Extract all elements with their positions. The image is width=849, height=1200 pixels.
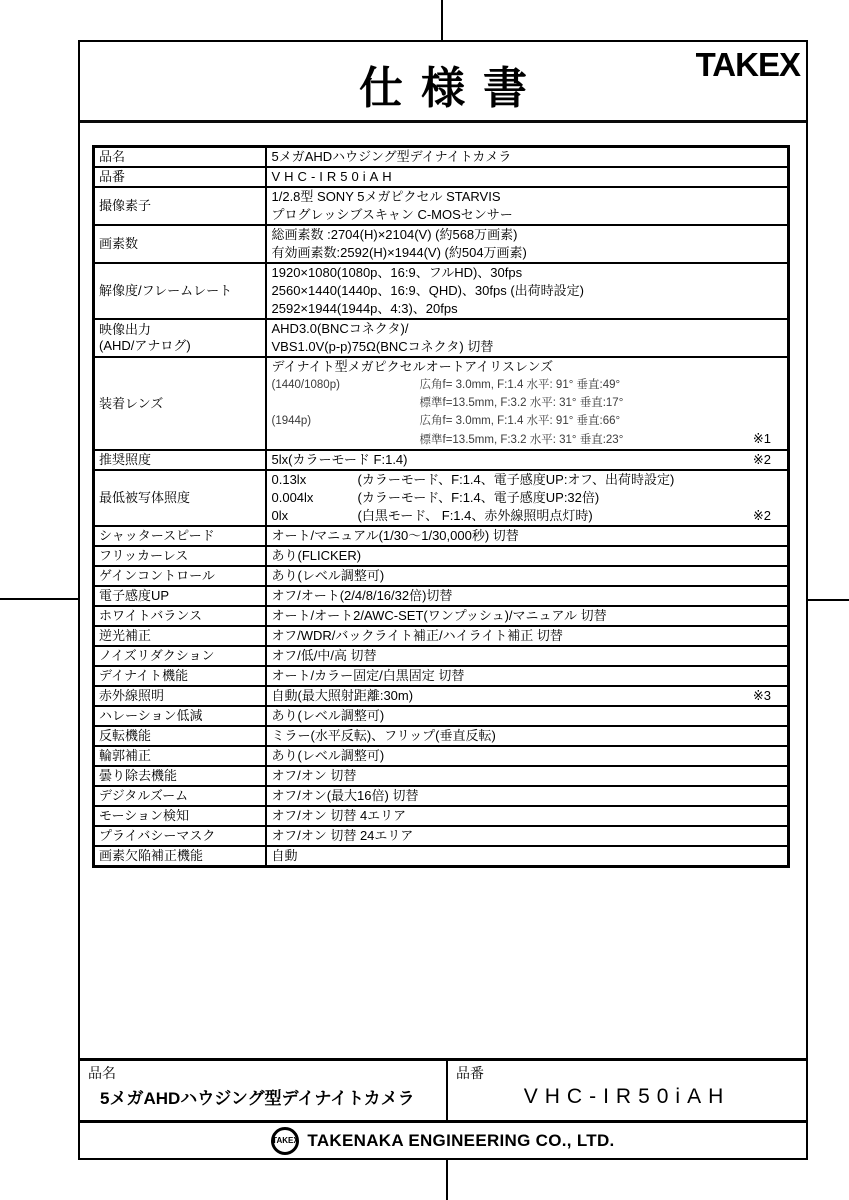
spec-value-line: 総画素数 :2704(H)×2104(V) (約568万画素) (272, 226, 788, 244)
spec-value-text: 2592×1944(1944p、4:3)、20fps (272, 300, 458, 318)
spec-row: 撮像素子1/2.8型 SONY 5メガピクセル STARVISプログレッシブスキ… (94, 187, 789, 225)
spec-label: 映像出力 (AHD/アナログ) (94, 319, 266, 357)
spec-value: オフ/オン 切替 (266, 766, 789, 786)
spec-row: 推奨照度5lx(カラーモード F:1.4)※2 (94, 450, 789, 470)
spec-note: ※1 (753, 430, 787, 448)
spec-value: オート/マニュアル(1/30〜1/30,000秒) 切替 (266, 526, 789, 546)
spec-value-text: 標準f=13.5mm, F:3.2 水平: 31° 垂直:23° (420, 431, 624, 449)
spec-row: 品番VHC-IR50iAH (94, 167, 789, 187)
spec-row: デジタルズームオフ/オン(最大16倍) 切替 (94, 786, 789, 806)
spec-row: 輪郭補正あり(レベル調整可) (94, 746, 789, 766)
spec-label: 輪郭補正 (94, 746, 266, 766)
spec-label: ハレーション低減 (94, 706, 266, 726)
spec-value-line: AHD3.0(BNCコネクタ)/ (272, 320, 788, 338)
spec-value-prefix: (1944p) (272, 412, 420, 430)
spec-value-text: 広角f= 3.0mm, F:1.4 水平: 91° 垂直:66° (420, 412, 621, 430)
spec-row: 品名5メガAHDハウジング型デイナイトカメラ (94, 147, 789, 168)
spec-label: シャッタースピード (94, 526, 266, 546)
spec-value-line: 5lx(カラーモード F:1.4)※2 (272, 451, 788, 469)
spec-value-line: あり(レベル調整可) (272, 567, 788, 585)
spec-value: 自動 (266, 846, 789, 867)
spec-value-line: デイナイト型メガピクセルオートアイリスレンズ (272, 358, 788, 376)
spec-value-prefix: 0lx (272, 507, 358, 525)
spec-table-body: 品名5メガAHDハウジング型デイナイトカメラ品番VHC-IR50iAH撮像素子1… (94, 147, 789, 867)
spec-value-text: オフ/オン 切替 4エリア (272, 807, 407, 825)
spec-value-line: プログレッシブスキャン C-MOSセンサー (272, 206, 788, 224)
spec-value-line: あり(レベル調整可) (272, 707, 788, 725)
spec-value-text: オフ/オン(最大16倍) 切替 (272, 787, 419, 805)
spec-value-text: 標準f=13.5mm, F:3.2 水平: 31° 垂直:17° (420, 394, 624, 412)
spec-row: 反転機能ミラー(水平反転)、フリップ(垂直反転) (94, 726, 789, 746)
spec-row: ノイズリダクションオフ/低/中/高 切替 (94, 646, 789, 666)
spec-value: 5lx(カラーモード F:1.4)※2 (266, 450, 789, 470)
spec-value-line: オフ/低/中/高 切替 (272, 647, 788, 665)
spec-value: 5メガAHDハウジング型デイナイトカメラ (266, 147, 789, 168)
spec-note: ※2 (753, 451, 787, 469)
spec-value-line: 5メガAHDハウジング型デイナイトカメラ (272, 148, 788, 166)
spec-value: オフ/WDR/バックライト補正/ハイライト補正 切替 (266, 626, 789, 646)
spec-value-line: あり(レベル調整可) (272, 747, 788, 765)
spec-label: モーション検知 (94, 806, 266, 826)
spec-value-text: オフ/オン 切替 (272, 767, 357, 785)
spec-value: オフ/オン 切替 4エリア (266, 806, 789, 826)
sheet-header: 仕様書 TAKEX (80, 42, 806, 123)
spec-value-text: あり(FLICKER) (272, 547, 362, 565)
spec-row: ホワイトバランスオート/オート2/AWC-SET(ワンプッシュ)/マニュアル 切… (94, 606, 789, 626)
spec-value-prefix: 0.13lx (272, 471, 358, 489)
spec-label: 撮像素子 (94, 187, 266, 225)
spec-value: 総画素数 :2704(H)×2104(V) (約568万画素)有効画素数:259… (266, 225, 789, 263)
spec-row: 解像度/フレームレート1920×1080(1080p、16:9、フルHD)、30… (94, 263, 789, 319)
spec-value-text: オフ/オート(2/4/8/16/32倍)切替 (272, 587, 453, 605)
spec-value-text: VBS1.0V(p-p)75Ω(BNCコネクタ) 切替 (272, 338, 494, 356)
spec-value-text: AHD3.0(BNCコネクタ)/ (272, 320, 409, 338)
spec-value-line: オート/オート2/AWC-SET(ワンプッシュ)/マニュアル 切替 (272, 607, 788, 625)
spec-value: オフ/オート(2/4/8/16/32倍)切替 (266, 586, 789, 606)
spec-value-line: オフ/オン 切替 (272, 767, 788, 785)
takex-logo: TAKEX (696, 46, 800, 84)
spec-label: プライバシーマスク (94, 826, 266, 846)
spec-value-text: 1920×1080(1080p、16:9、フルHD)、30fps (272, 264, 523, 282)
spec-row: 逆光補正オフ/WDR/バックライト補正/ハイライト補正 切替 (94, 626, 789, 646)
spec-value-line: ミラー(水平反転)、フリップ(垂直反転) (272, 727, 788, 745)
spec-row: 赤外線照明自動(最大照射距離:30m)※3 (94, 686, 789, 706)
spec-row: 電子感度UPオフ/オート(2/4/8/16/32倍)切替 (94, 586, 789, 606)
spec-value-text: 広角f= 3.0mm, F:1.4 水平: 91° 垂直:49° (420, 376, 621, 394)
takex-circle-logo-icon: TAKEX (271, 1127, 299, 1155)
spec-row: 映像出力 (AHD/アナログ)AHD3.0(BNCコネクタ)/VBS1.0V(p… (94, 319, 789, 357)
spec-row: 装着レンズデイナイト型メガピクセルオートアイリスレンズ(1440/1080p)広… (94, 357, 789, 450)
spec-value-line: 1/2.8型 SONY 5メガピクセル STARVIS (272, 188, 788, 206)
spec-label: デジタルズーム (94, 786, 266, 806)
spec-value: オート/カラー固定/白黒固定 切替 (266, 666, 789, 686)
spec-row: 画素数総画素数 :2704(H)×2104(V) (約568万画素)有効画素数:… (94, 225, 789, 263)
spec-value-text: (白黒モード、 F:1.4、赤外線照明点灯時) (358, 507, 593, 525)
spec-value: ミラー(水平反転)、フリップ(垂直反転) (266, 726, 789, 746)
spec-value: 自動(最大照射距離:30m)※3 (266, 686, 789, 706)
spec-value: オート/オート2/AWC-SET(ワンプッシュ)/マニュアル 切替 (266, 606, 789, 626)
spec-value-line: 2560×1440(1440p、16:9、QHD)、30fps (出荷時設定) (272, 282, 788, 300)
spec-value-line: オフ/オン(最大16倍) 切替 (272, 787, 788, 805)
crop-mark-bottom (446, 1158, 448, 1200)
spec-value: オフ/オン(最大16倍) 切替 (266, 786, 789, 806)
spec-value: VHC-IR50iAH (266, 167, 789, 187)
spec-value-line: オフ/オン 切替 24エリア (272, 827, 788, 845)
spec-value: あり(レベル調整可) (266, 746, 789, 766)
spec-label: 装着レンズ (94, 357, 266, 450)
spec-label: 解像度/フレームレート (94, 263, 266, 319)
spec-value-text: デイナイト型メガピクセルオートアイリスレンズ (272, 358, 554, 376)
spec-value: オフ/オン 切替 24エリア (266, 826, 789, 846)
spec-value: あり(レベル調整可) (266, 566, 789, 586)
spec-value-prefix: 0.004lx (272, 489, 358, 507)
spec-label: 赤外線照明 (94, 686, 266, 706)
spec-value-line: VHC-IR50iAH (272, 168, 788, 186)
spec-value-line: 自動(最大照射距離:30m)※3 (272, 687, 788, 705)
spec-value-text: プログレッシブスキャン C-MOSセンサー (272, 206, 513, 224)
spec-value: AHD3.0(BNCコネクタ)/VBS1.0V(p-p)75Ω(BNCコネクタ)… (266, 319, 789, 357)
spec-label: デイナイト機能 (94, 666, 266, 686)
spec-value-text: 自動(最大照射距離:30m) (272, 687, 414, 705)
spec-label: 最低被写体照度 (94, 470, 266, 526)
spec-value-line: (1944p)広角f= 3.0mm, F:1.4 水平: 91° 垂直:66° (272, 412, 788, 430)
spec-value-text: ミラー(水平反転)、フリップ(垂直反転) (272, 727, 496, 745)
spec-value-line: あり(FLICKER) (272, 547, 788, 565)
spec-label: ゲインコントロール (94, 566, 266, 586)
spec-value-text: あり(レベル調整可) (272, 747, 385, 765)
spec-value: 1/2.8型 SONY 5メガピクセル STARVISプログレッシブスキャン C… (266, 187, 789, 225)
spec-value: デイナイト型メガピクセルオートアイリスレンズ(1440/1080p)広角f= 3… (266, 357, 789, 450)
spec-label: 反転機能 (94, 726, 266, 746)
spec-value-line: 1920×1080(1080p、16:9、フルHD)、30fps (272, 264, 788, 282)
spec-row: ハレーション低減あり(レベル調整可) (94, 706, 789, 726)
spec-value-line: (1440/1080p)広角f= 3.0mm, F:1.4 水平: 91° 垂直… (272, 376, 788, 394)
spec-value-text: 5メガAHDハウジング型デイナイトカメラ (272, 148, 512, 166)
spec-label: 品名 (94, 147, 266, 168)
spec-value-text: VHC-IR50iAH (272, 168, 396, 186)
spec-value-text: オフ/WDR/バックライト補正/ハイライト補正 切替 (272, 627, 563, 645)
spec-value: 1920×1080(1080p、16:9、フルHD)、30fps2560×144… (266, 263, 789, 319)
spec-value: あり(FLICKER) (266, 546, 789, 566)
spec-value-line: 標準f=13.5mm, F:3.2 水平: 31° 垂直:17° (272, 394, 788, 412)
spec-row: 曇り除去機能オフ/オン 切替 (94, 766, 789, 786)
spec-label: 電子感度UP (94, 586, 266, 606)
spec-value-text: オフ/低/中/高 切替 (272, 647, 377, 665)
spec-note: ※2 (753, 507, 787, 525)
spec-value-text: オフ/オン 切替 24エリア (272, 827, 414, 845)
spec-value: 0.13lx(カラーモード、F:1.4、電子感度UP:オフ、出荷時設定)0.00… (266, 470, 789, 526)
spec-row: デイナイト機能オート/カラー固定/白黒固定 切替 (94, 666, 789, 686)
spec-label: 画素数 (94, 225, 266, 263)
spec-value-line: 標準f=13.5mm, F:3.2 水平: 31° 垂直:23°※1 (272, 430, 788, 449)
spec-label: 画素欠陥補正機能 (94, 846, 266, 867)
spec-value-text: (カラーモード、F:1.4、電子感度UP:32倍) (358, 489, 600, 507)
spec-row: プライバシーマスクオフ/オン 切替 24エリア (94, 826, 789, 846)
spec-value: オフ/低/中/高 切替 (266, 646, 789, 666)
spec-label: 品番 (94, 167, 266, 187)
spec-value-text: オート/マニュアル(1/30〜1/30,000秒) 切替 (272, 527, 519, 545)
spec-label: フリッカーレス (94, 546, 266, 566)
product-number: VHC-IR50iAH (456, 1085, 798, 1109)
spec-value-prefix: (1440/1080p) (272, 376, 420, 394)
spec-value-line: オート/マニュアル(1/30〜1/30,000秒) 切替 (272, 527, 788, 545)
spec-value-text: 有効画素数:2592(H)×1944(V) (約504万画素) (272, 244, 527, 262)
spec-value-line: オフ/オート(2/4/8/16/32倍)切替 (272, 587, 788, 605)
spec-value-text: 総画素数 :2704(H)×2104(V) (約568万画素) (272, 226, 518, 244)
spec-value-line: 0.004lx(カラーモード、F:1.4、電子感度UP:32倍) (272, 489, 788, 507)
title-block-number-cell: 品番 VHC-IR50iAH (448, 1061, 806, 1120)
title-block: 品名 5メガAHDハウジング型デイナイトカメラ 品番 VHC-IR50iAH (80, 1058, 806, 1120)
spec-row: シャッタースピードオート/マニュアル(1/30〜1/30,000秒) 切替 (94, 526, 789, 546)
spec-row: モーション検知オフ/オン 切替 4エリア (94, 806, 789, 826)
spec-row: ゲインコントロールあり(レベル調整可) (94, 566, 789, 586)
title-block-name-cell: 品名 5メガAHDハウジング型デイナイトカメラ (80, 1061, 448, 1120)
spec-value-text: 自動 (272, 847, 298, 865)
spec-value-text: オート/オート2/AWC-SET(ワンプッシュ)/マニュアル 切替 (272, 607, 607, 625)
spec-value-text: 2560×1440(1440p、16:9、QHD)、30fps (出荷時設定) (272, 282, 585, 300)
product-name: 5メガAHDハウジング型デイナイトカメラ (88, 1084, 438, 1109)
spec-value-text: オート/カラー固定/白黒固定 切替 (272, 667, 465, 685)
spec-value-text: (カラーモード、F:1.4、電子感度UP:オフ、出荷時設定) (358, 471, 675, 489)
sheet-border: 仕様書 TAKEX 品名5メガAHDハウジング型デイナイトカメラ品番VHC-IR… (78, 40, 808, 1160)
spec-value-text: 1/2.8型 SONY 5メガピクセル STARVIS (272, 188, 501, 206)
company-bar: TAKEX TAKENAKA ENGINEERING CO., LTD. (80, 1120, 806, 1158)
spec-row: 画素欠陥補正機能自動 (94, 846, 789, 867)
spec-value-line: 0.13lx(カラーモード、F:1.4、電子感度UP:オフ、出荷時設定) (272, 471, 788, 489)
spec-value-line: オフ/オン 切替 4エリア (272, 807, 788, 825)
crop-mark-top (441, 0, 443, 41)
crop-mark-right (806, 599, 849, 601)
spec-row: 最低被写体照度0.13lx(カラーモード、F:1.4、電子感度UP:オフ、出荷時… (94, 470, 789, 526)
spec-value-text: あり(レベル調整可) (272, 707, 385, 725)
spec-label: 曇り除去機能 (94, 766, 266, 786)
spec-value-line: オート/カラー固定/白黒固定 切替 (272, 667, 788, 685)
spec-row: フリッカーレスあり(FLICKER) (94, 546, 789, 566)
spec-note: ※3 (753, 687, 787, 705)
spec-value-line: VBS1.0V(p-p)75Ω(BNCコネクタ) 切替 (272, 338, 788, 356)
spec-value-line: 自動 (272, 847, 788, 865)
spec-label: ホワイトバランス (94, 606, 266, 626)
spec-value-line: 0lx(白黒モード、 F:1.4、赤外線照明点灯時)※2 (272, 507, 788, 525)
spec-value-text: 5lx(カラーモード F:1.4) (272, 451, 408, 469)
spec-table: 品名5メガAHDハウジング型デイナイトカメラ品番VHC-IR50iAH撮像素子1… (92, 145, 790, 868)
spec-value: あり(レベル調整可) (266, 706, 789, 726)
company-name: TAKENAKA ENGINEERING CO., LTD. (307, 1131, 614, 1151)
spec-value-text: あり(レベル調整可) (272, 567, 385, 585)
spec-value-line: オフ/WDR/バックライト補正/ハイライト補正 切替 (272, 627, 788, 645)
spec-sheet-page: { "page": { "title": "仕様書", "brand_logo"… (0, 0, 849, 1200)
spec-label: 逆光補正 (94, 626, 266, 646)
spec-value-line: 有効画素数:2592(H)×1944(V) (約504万画素) (272, 244, 788, 262)
crop-mark-left (0, 598, 79, 600)
spec-value-line: 2592×1944(1944p、4:3)、20fps (272, 300, 788, 318)
spec-label: ノイズリダクション (94, 646, 266, 666)
spec-label: 推奨照度 (94, 450, 266, 470)
name-label: 品名 (88, 1065, 438, 1081)
number-label: 品番 (456, 1065, 798, 1081)
